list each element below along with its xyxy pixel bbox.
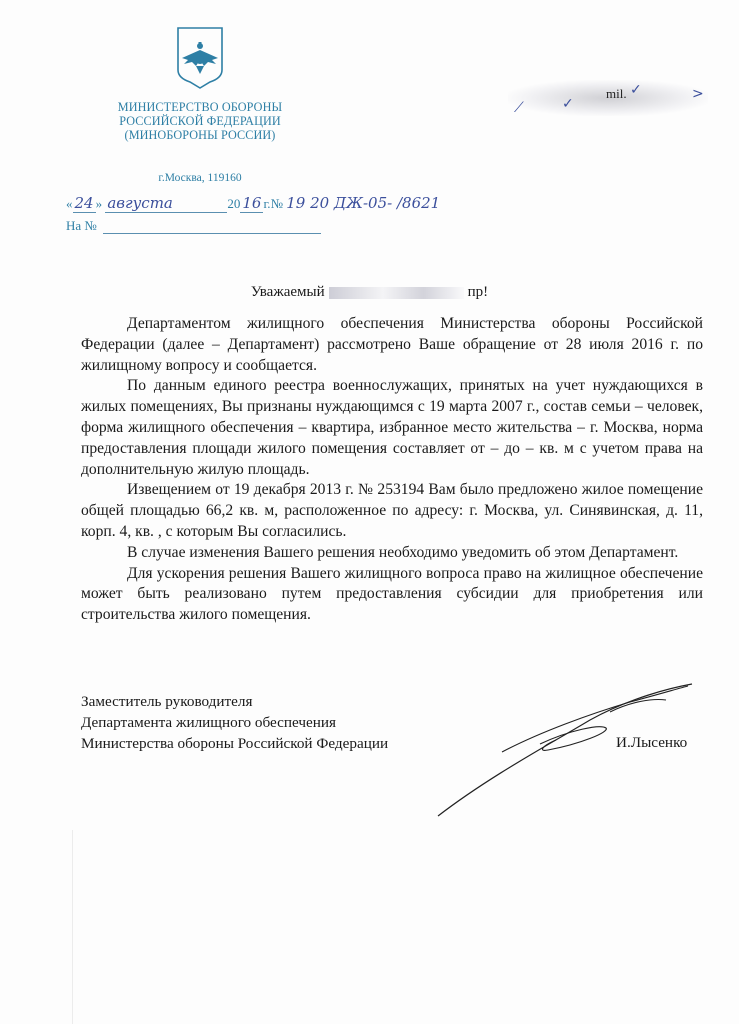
- paragraph: Департаментом жилищного обеспечения Мини…: [81, 314, 703, 376]
- reg-year: 16: [240, 194, 263, 213]
- salutation: Уважаемыйпр!: [0, 284, 739, 301]
- letter-body: Департаментом жилищного обеспечения Мини…: [81, 314, 703, 626]
- reply-number-blank: [103, 221, 321, 234]
- paragraph: Извещением от 19 декабря 2013 г. № 25319…: [81, 480, 703, 542]
- ministry-emblem-icon: [166, 24, 234, 92]
- paragraph: В случае изменения Вашего решения необхо…: [81, 543, 703, 564]
- ministry-name: МИНИСТЕРСТВО ОБОРОНЫ РОССИЙСКОЙ ФЕДЕРАЦИ…: [100, 100, 300, 142]
- reply-reference-line: На №: [66, 218, 321, 234]
- registration-line: «24» августа2016г.№ 19 20 ДЖ-05- /8621: [66, 194, 440, 213]
- letterhead: МИНИСТЕРСТВО ОБОРОНЫ РОССИЙСКОЙ ФЕДЕРАЦИ…: [100, 24, 300, 184]
- reg-number: 19 20 ДЖ-05- /8621: [286, 194, 440, 212]
- letter-page: МИНИСТЕРСТВО ОБОРОНЫ РОССИЙСКОЙ ФЕДЕРАЦИ…: [0, 0, 739, 1024]
- handwritten-mark: ✓: [630, 82, 642, 98]
- recipient-address-redacted: ⟋ ✓ ✓ > mil.: [508, 78, 708, 118]
- recipient-fragment: mil.: [606, 86, 627, 102]
- redacted-name: [329, 287, 464, 299]
- scan-edge-line: [72, 830, 73, 1024]
- signer-title: Заместитель руководителя Департамента жи…: [81, 692, 388, 754]
- handwritten-mark: ✓: [562, 96, 574, 112]
- reg-day: 24: [73, 194, 96, 213]
- reg-month: августа: [105, 194, 227, 213]
- handwritten-mark: ⟋: [514, 100, 524, 116]
- handwritten-mark: >: [692, 86, 704, 102]
- paragraph: Для ускорения решения Вашего жилищного в…: [81, 564, 703, 626]
- signer-name: И.Лысенко: [616, 734, 687, 752]
- ministry-address: г.Москва, 119160: [100, 172, 300, 184]
- paragraph: По данным единого реестра военнослужащих…: [81, 376, 703, 480]
